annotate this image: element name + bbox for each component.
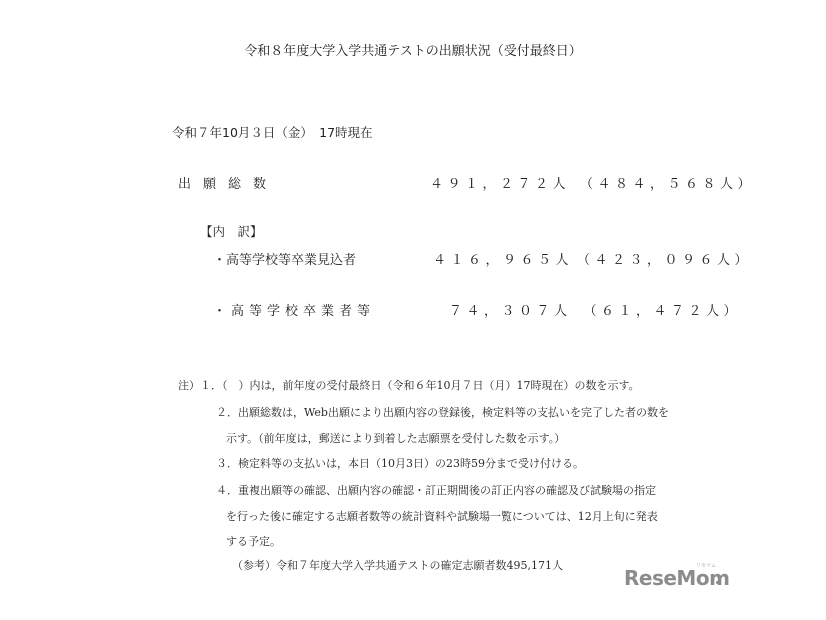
graduates-label: ・高等学校卒業者等 xyxy=(213,300,375,319)
logo-dot-icon xyxy=(716,581,719,584)
graduates-current: ７４，３０７人 xyxy=(449,304,572,319)
total-applications-label: 出願総数 xyxy=(178,173,278,192)
graduates-previous: （６１，４７２人） xyxy=(584,304,742,319)
note-4-line-2: を行った後に確定する志願者数等の統計資料や試験場一覧については、12月上旬に発表 xyxy=(226,508,658,524)
note-1: 注）１．（ ）内は，前年度の受付最終日（令和６年10月７日（月）17時現在）の数… xyxy=(178,377,640,393)
reference-note: （参考）令和７年度大学入学共通テストの確定志願者数495,171人 xyxy=(232,557,563,573)
document-title: 令和８年度大学入学共通テストの出願状況（受付最終日） xyxy=(0,40,826,59)
total-applications-value: ４９１，２７２人（４８４，５６８人） xyxy=(430,173,755,192)
note-4-line-1: ４．重複出願等の確認、出願内容の確認・訂正期間後の訂正内容の確認及び試験場の指定 xyxy=(216,482,656,498)
expected-graduates-previous: （４２３，０９６人） xyxy=(577,253,752,268)
resemom-logo-kana: リセマム xyxy=(696,562,716,569)
resemom-logo: ReseMom xyxy=(624,566,729,590)
note-2-line-2: 示す。（前年度は，郵送により到着した志願票を受付した数を示す。） xyxy=(226,430,565,446)
total-current: ４９１，２７２人 xyxy=(430,177,570,192)
expected-graduates-value: ４１６，９６５人（４２３，０９６人） xyxy=(433,249,752,268)
note-3: ３．検定料等の支払いは，本日（10月3日）の23時59分まで受け付ける。 xyxy=(216,455,584,471)
expected-graduates-current: ４１６，９６５人 xyxy=(433,253,573,268)
expected-graduates-label: ・高等学校等卒業見込者 xyxy=(213,249,356,268)
note-4-line-3: する予定。 xyxy=(226,533,281,549)
total-previous: （４８４，５６８人） xyxy=(580,177,755,192)
note-2-line-1: ２．出願総数は，Web出願により出願内容の登録後，検定料等の支払いを完了した者の… xyxy=(216,404,669,420)
graduates-value: ７４，３０７人（６１，４７２人） xyxy=(449,300,741,319)
as-of-date: 令和７年10月３日（金） 17時現在 xyxy=(172,123,373,141)
breakdown-heading: 【内 訳】 xyxy=(200,222,263,240)
